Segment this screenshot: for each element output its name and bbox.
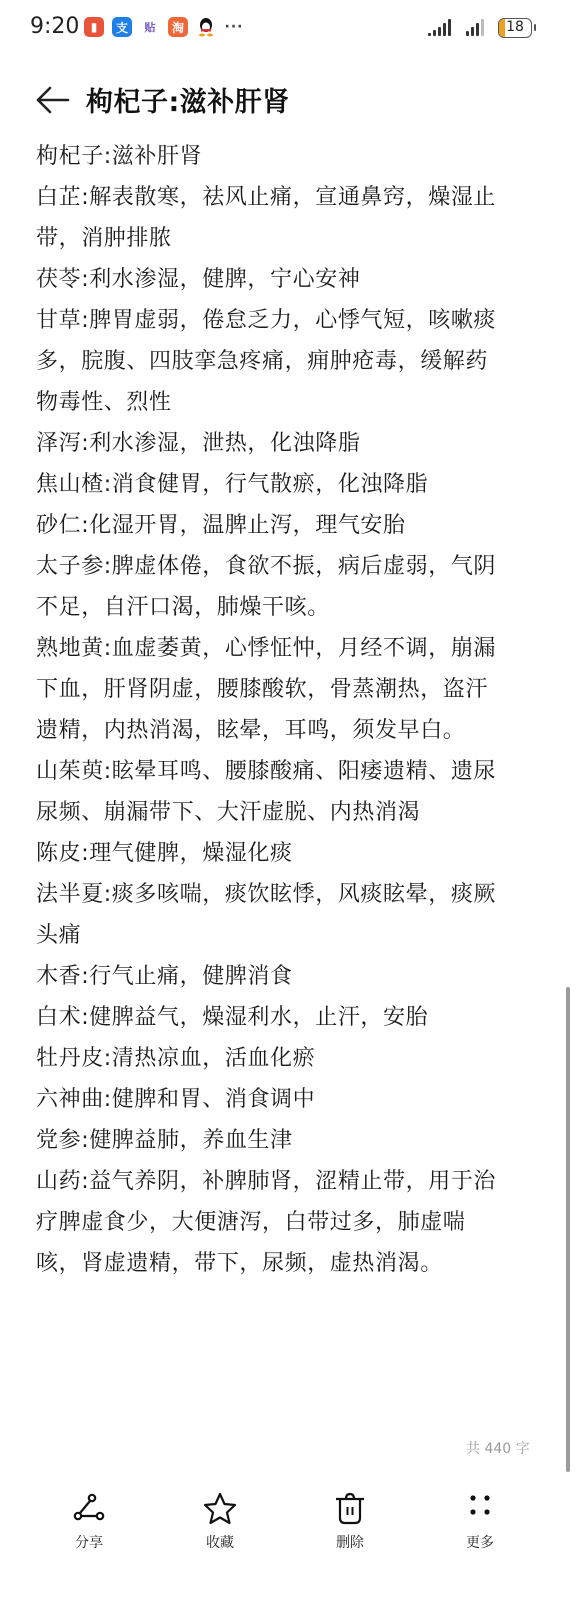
note-line: 白芷:解表散寒，祛风止痛，宣通鼻窍，燥湿止 bbox=[36, 177, 536, 218]
more-button[interactable]: 更多 bbox=[440, 1490, 520, 1560]
note-line: 砂仁:化湿开胃，温脾止泻，理气安胎 bbox=[36, 505, 536, 546]
note-line: 熟地黄:血虚萎黄，心悸怔忡，月经不调，崩漏 bbox=[36, 628, 536, 669]
share-label: 分享 bbox=[75, 1532, 103, 1552]
note-line: 枸杞子:滋补肝肾 bbox=[36, 136, 536, 177]
qq-icon bbox=[196, 17, 216, 37]
note-line: 物毒性、烈性 bbox=[36, 382, 536, 423]
status-time: 9:20 bbox=[30, 14, 79, 39]
note-line: 太子参:脾虚体倦，食欲不振，病后虚弱，气阴 bbox=[36, 546, 536, 587]
trash-icon bbox=[331, 1490, 369, 1528]
note-line: 下血，肝肾阴虚，腰膝酸软，骨蒸潮热，盗汗 bbox=[36, 669, 536, 710]
note-line: 尿频、崩漏带下、大汗虚脱、内热消渴 bbox=[36, 792, 536, 833]
note-line: 焦山楂:消食健胃，行气散瘀，化浊降脂 bbox=[36, 464, 536, 505]
scrollbar[interactable] bbox=[566, 987, 570, 1472]
signal-strength-icon-1 bbox=[428, 18, 451, 36]
star-icon bbox=[201, 1490, 239, 1528]
delete-label: 删除 bbox=[336, 1532, 364, 1552]
note-line: 泽泻:利水渗湿，泄热，化浊降脂 bbox=[36, 423, 536, 464]
note-line: 法半夏:痰多咳喘，痰饮眩悸，风痰眩晕，痰厥 bbox=[36, 874, 536, 915]
note-line: 甘草:脾胃虚弱，倦怠乏力，心悸气短，咳嗽痰 bbox=[36, 300, 536, 341]
alipay-icon: 支 bbox=[112, 17, 132, 37]
notification-icons: ▮ 支 贴 淘 ··· bbox=[84, 17, 244, 37]
more-notifications-icon: ··· bbox=[224, 17, 244, 37]
battery-icon: 18 bbox=[498, 18, 532, 38]
status-bar: 9:20 ▮ 支 贴 淘 ··· 18 bbox=[0, 0, 580, 60]
favorite-button[interactable]: 收藏 bbox=[180, 1490, 260, 1560]
header: 枸杞子:滋补肝肾 bbox=[0, 72, 580, 128]
note-line: 疗脾虚食少，大便溏泻，白带过多，肺虚喘 bbox=[36, 1202, 536, 1243]
note-line: 六神曲:健脾和胃、消食调中 bbox=[36, 1079, 536, 1120]
arrow-left-icon bbox=[34, 82, 74, 118]
note-line: 遗精，内热消渴，眩晕，耳鸣，须发早白。 bbox=[36, 710, 536, 751]
delete-button[interactable]: 删除 bbox=[310, 1490, 390, 1560]
note-line: 党参:健脾益肺，养血生津 bbox=[36, 1120, 536, 1161]
note-line: 带，消肿排脓 bbox=[36, 218, 536, 259]
note-line: 牡丹皮:清热凉血，活血化瘀 bbox=[36, 1038, 536, 1079]
back-button[interactable] bbox=[34, 82, 74, 118]
note-line: 木香:行气止痛，健脾消食 bbox=[36, 956, 536, 997]
taobao-icon: 淘 bbox=[168, 17, 188, 37]
note-line: 不足，自汗口渴，肺燥干咳。 bbox=[36, 587, 536, 628]
bottom-toolbar: 分享 收藏 删除 更多 bbox=[0, 1490, 580, 1570]
note-line: 茯苓:利水渗湿，健脾，宁心安神 bbox=[36, 259, 536, 300]
note-line: 陈皮:理气健脾，燥湿化痰 bbox=[36, 833, 536, 874]
note-line: 白术:健脾益气，燥湿利水，止汗，安胎 bbox=[36, 997, 536, 1038]
more-dots-icon bbox=[461, 1490, 499, 1528]
page-title: 枸杞子:滋补肝肾 bbox=[86, 80, 290, 119]
note-body[interactable]: 枸杞子:滋补肝肾 白芷:解表散寒，祛风止痛，宣通鼻窍，燥湿止 带，消肿排脓 茯苓… bbox=[36, 136, 536, 1284]
note-line: 山茱萸:眩晕耳鸣、腰膝酸痛、阳痿遗精、遗尿 bbox=[36, 751, 536, 792]
note-line: 山药:益气养阴，补脾肺肾，涩精止带，用于治 bbox=[36, 1161, 536, 1202]
tieba-icon: 贴 bbox=[140, 17, 160, 37]
share-button[interactable]: 分享 bbox=[49, 1490, 129, 1560]
more-label: 更多 bbox=[466, 1532, 494, 1552]
red-app-icon: ▮ bbox=[84, 17, 104, 37]
battery-tip bbox=[534, 24, 536, 31]
signal-strength-icon-2 bbox=[466, 18, 484, 36]
favorite-label: 收藏 bbox=[206, 1532, 234, 1552]
word-count: 共 440 字 bbox=[466, 1438, 530, 1458]
note-line: 多，脘腹、四肢挛急疼痛，痈肿疮毒，缓解药 bbox=[36, 341, 536, 382]
note-line: 咳，肾虚遗精，带下，尿频，虚热消渴。 bbox=[36, 1243, 536, 1284]
battery-level: 18 bbox=[499, 19, 531, 36]
share-icon bbox=[70, 1490, 108, 1528]
note-line: 头痛 bbox=[36, 915, 536, 956]
